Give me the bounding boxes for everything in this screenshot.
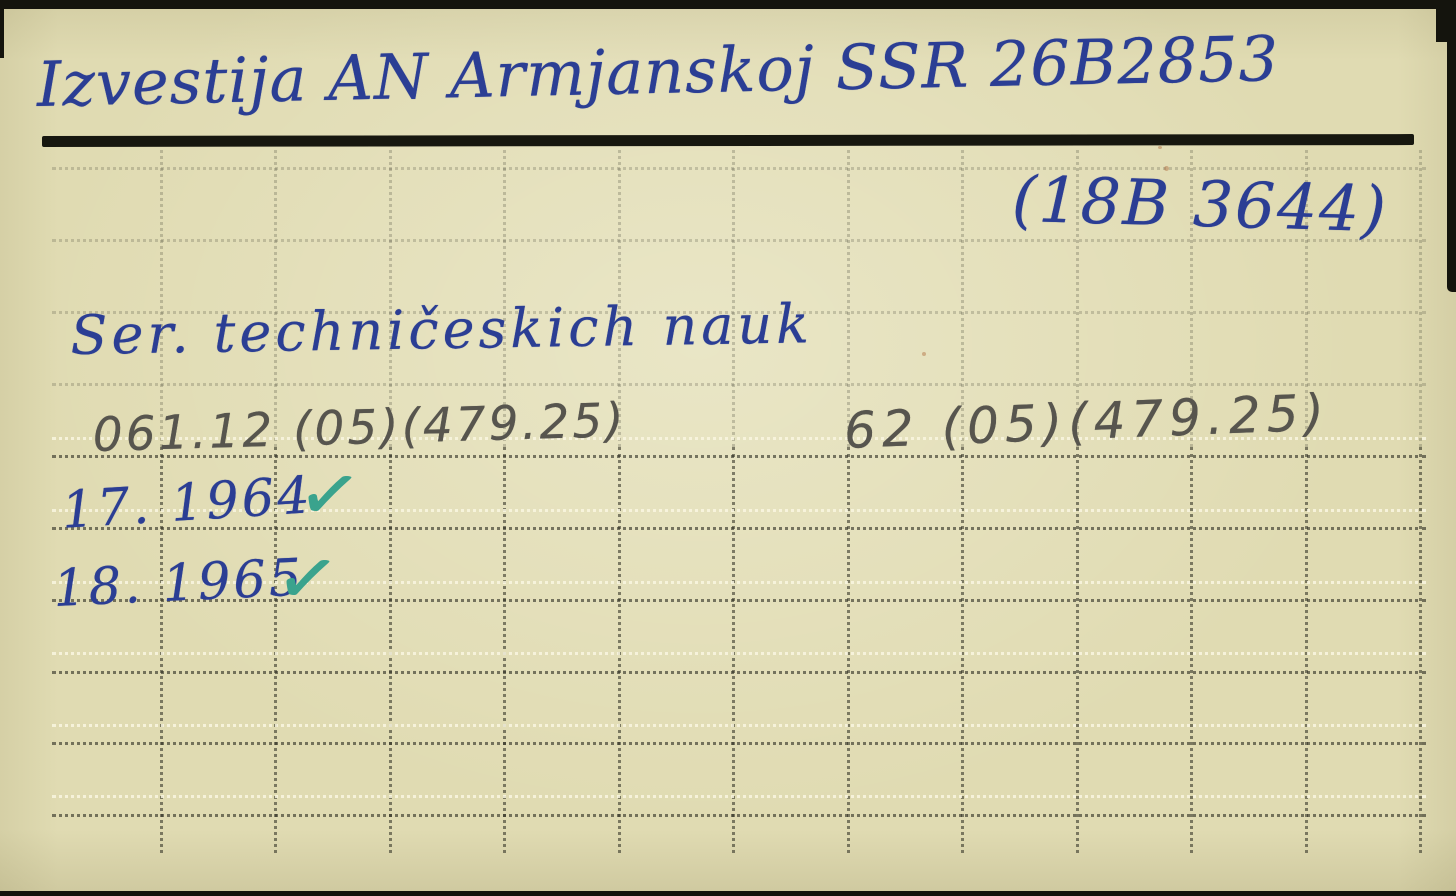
scanned-catalog-card: Izvestija AN Armjanskoj SSR 26B2853 (18B… <box>0 0 1456 896</box>
secondary-shelfmark: (18B 3644) <box>1011 163 1389 246</box>
udc-number-right: 62 (05)(479.25) <box>843 383 1331 460</box>
grid-line <box>160 150 163 447</box>
grid-line <box>1076 447 1079 853</box>
grid-line <box>847 447 850 853</box>
scan-edge-left <box>0 0 4 58</box>
grid-line <box>52 814 1426 817</box>
grid-line <box>52 652 1426 655</box>
scan-edge-right <box>1447 0 1456 292</box>
checkmark-icon: ✓ <box>270 532 345 627</box>
grid-line <box>52 383 1426 386</box>
checkmark-icon: ✓ <box>292 448 367 543</box>
grid-line <box>961 447 964 853</box>
grid-line <box>1419 447 1422 853</box>
paper-speck <box>922 352 926 356</box>
holdings-entry-1965: 18. 1965 <box>52 549 306 619</box>
grid-line <box>52 795 1426 798</box>
scan-edge-bottom <box>0 891 1456 896</box>
grid-line <box>732 447 735 853</box>
title-line: Izvestija AN Armjanskoj SSR 26B2853 <box>36 22 1280 121</box>
grid-line <box>52 671 1426 674</box>
heading-underline-rule <box>42 134 1414 147</box>
scan-edge-top <box>0 0 1456 9</box>
paper-speck <box>1158 146 1162 149</box>
grid-line <box>503 447 506 853</box>
holdings-entry-1964: 17. 1964 <box>60 466 314 541</box>
series-statement: Ser. techničeskich nauk <box>70 292 813 367</box>
card-paper: Izvestija AN Armjanskoj SSR 26B2853 (18B… <box>0 8 1456 891</box>
grid-line <box>52 742 1426 745</box>
grid-line <box>1419 150 1422 447</box>
grid-line <box>618 447 621 853</box>
grid-line <box>52 724 1426 727</box>
grid-line <box>1305 447 1308 853</box>
scan-edge-right-corner <box>1436 0 1456 42</box>
grid-line <box>1190 447 1193 853</box>
udc-number-left: 061.12 (05)(479.25) <box>92 393 627 463</box>
grid-line <box>389 447 392 853</box>
